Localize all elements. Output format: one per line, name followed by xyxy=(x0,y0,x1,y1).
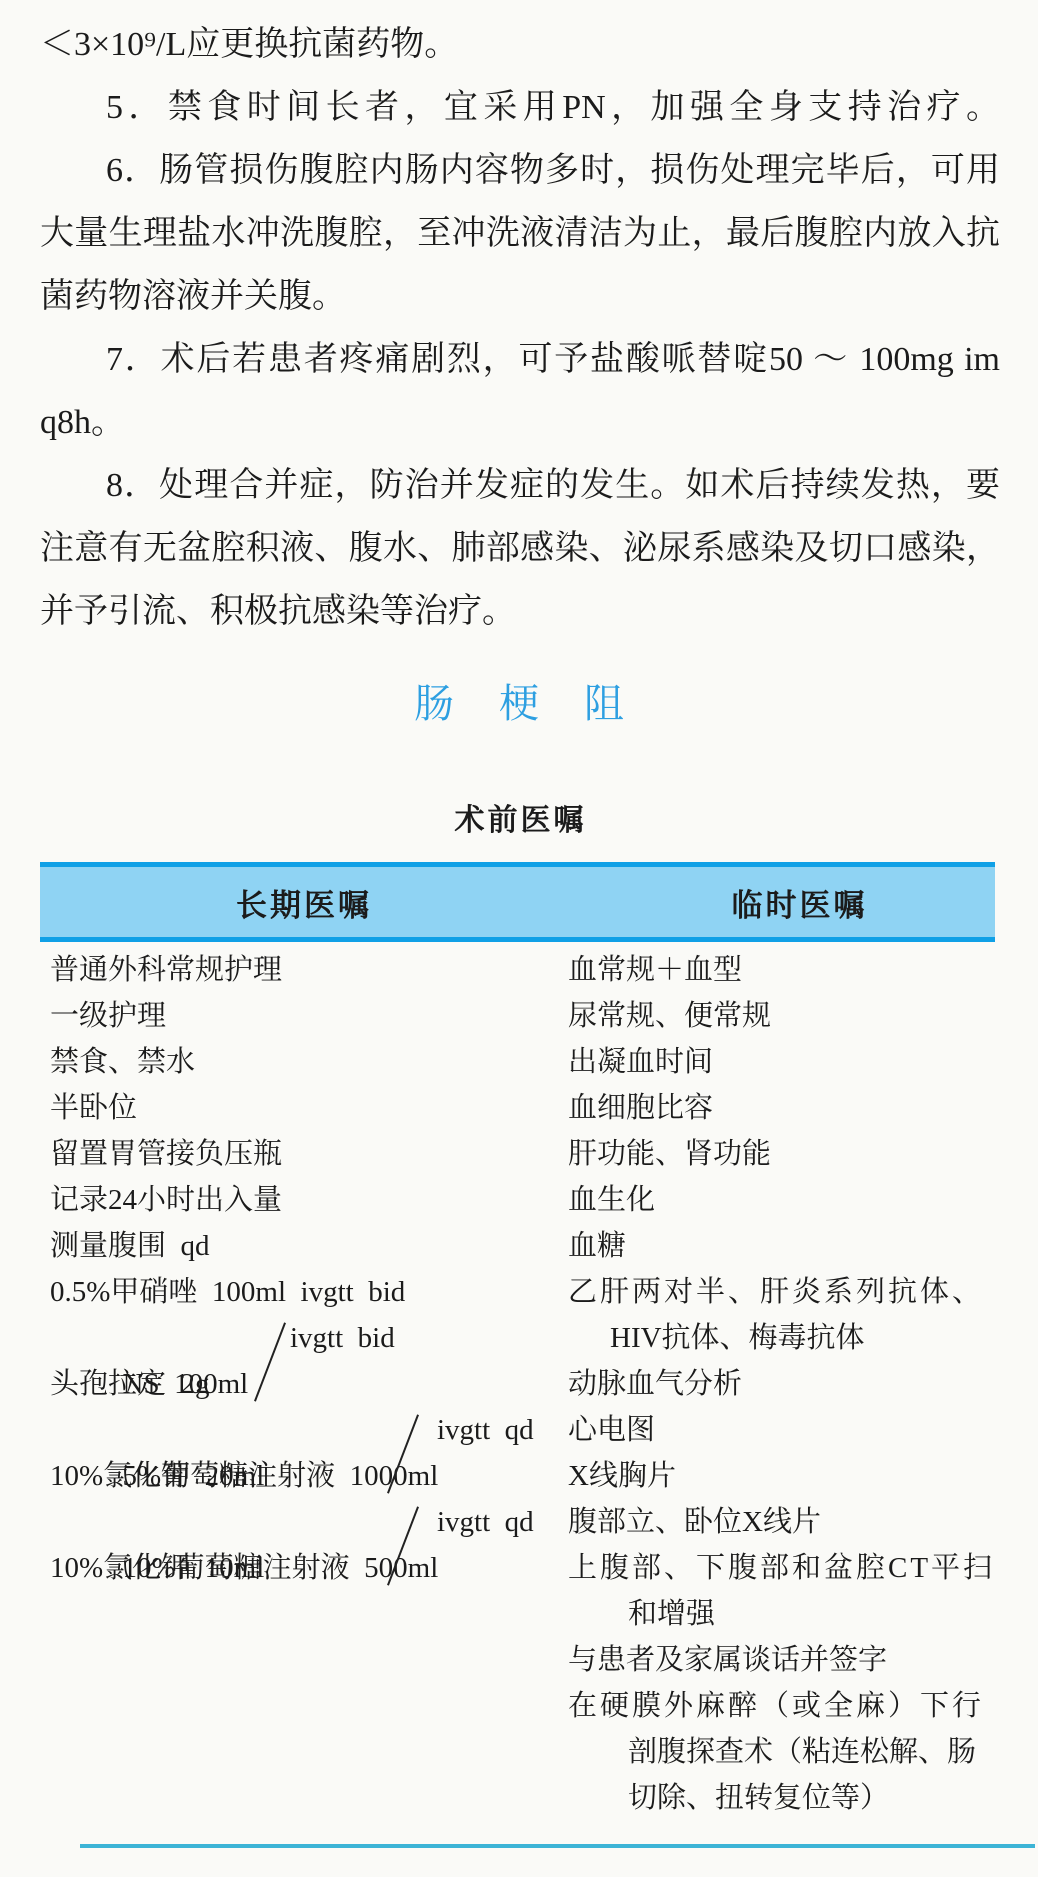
temporary-cell: 血糖 xyxy=(568,1223,995,1269)
long-term-cell xyxy=(40,1683,568,1729)
table-row: 0.5%甲硝唑 100ml ivgtt bid 乙肝两对半、肝炎系列抗体、 xyxy=(40,1269,995,1315)
body-line: 6．肠管损伤腹腔内肠内容物多时，损伤处理完毕后，可用 xyxy=(40,139,1000,202)
long-term-cell: 10%氯化钾 10ml xyxy=(40,1545,568,1591)
table-row: 10%氯化钾 10ml 上腹部、下腹部和盆腔CT平扫 xyxy=(40,1545,995,1591)
long-term-cell xyxy=(40,1637,568,1683)
preop-orders-table: 长期医嘱 临时医嘱 普通外科常规护理 血常规＋血型 一级护理 尿常规、便常规 禁… xyxy=(40,862,995,1848)
table-row: 禁食、禁水 出凝血时间 xyxy=(40,1039,995,1085)
body-line: 并予引流、积极抗感染等治疗。 xyxy=(40,580,1000,643)
temporary-cell: 尿常规、便常规 xyxy=(568,993,995,1039)
body-line: 大量生理盐水冲洗腹腔，至冲洗液清洁为止，最后腹腔内放入抗 xyxy=(40,202,1000,265)
long-term-cell: 0.5%甲硝唑 100ml ivgtt bid xyxy=(40,1269,568,1315)
document-page: ＜3×10⁹/L应更换抗菌药物。 5．禁食时间长者，宜采用PN，加强全身支持治疗… xyxy=(0,0,1038,1877)
long-term-cell: 普通外科常规护理 xyxy=(40,947,568,993)
long-term-cell: 10%氯化钾 20ml xyxy=(40,1453,568,1499)
table-row: 留置胃管接负压瓶 肝功能、肾功能 xyxy=(40,1131,995,1177)
table-row: 一级护理 尿常规、便常规 xyxy=(40,993,995,1039)
long-term-cell xyxy=(40,1775,568,1821)
long-term-cell: 禁食、禁水 xyxy=(40,1039,568,1085)
long-term-cell: 测量腹围 qd xyxy=(40,1223,568,1269)
table-bottom-rule xyxy=(80,1844,1035,1848)
temporary-cell: 与患者及家属谈话并签字 xyxy=(568,1637,995,1683)
table-body: 普通外科常规护理 血常规＋血型 一级护理 尿常规、便常规 禁食、禁水 出凝血时间… xyxy=(40,942,995,1821)
temporary-cell: X线胸片 xyxy=(568,1453,995,1499)
table-row: 10%氯化钾 20ml X线胸片 xyxy=(40,1453,995,1499)
table-row: NS 100ml ivgtt bid HIV抗体、梅毒抗体 xyxy=(40,1315,995,1361)
temporary-cell: 血生化 xyxy=(568,1177,995,1223)
table-row: 10%葡萄糖注射液 500ml ivgtt qd 腹部立、卧位X线片 xyxy=(40,1499,995,1545)
column-header-temporary: 临时医嘱 xyxy=(568,880,995,925)
table-row: 5%葡萄糖注射液 1000ml ivgtt qd 心电图 xyxy=(40,1407,995,1453)
table-row: 和增强 xyxy=(40,1591,995,1637)
temporary-cell: 剖腹探查术（粘连松解、肠 xyxy=(568,1729,995,1775)
long-term-cell xyxy=(40,1729,568,1775)
long-term-cell: 头孢拉定 2g xyxy=(40,1361,568,1407)
body-line: 菌药物溶液并关腹。 xyxy=(40,265,1000,328)
table-header-row: 长期医嘱 临时医嘱 xyxy=(40,862,995,942)
dose-frequency-label: ivgtt qd xyxy=(437,1407,534,1453)
temporary-cell: 上腹部、下腹部和盆腔CT平扫 xyxy=(568,1545,995,1591)
table-row: 剖腹探查术（粘连松解、肠 xyxy=(40,1729,995,1775)
temporary-cell: 在硬膜外麻醉（或全麻）下行 xyxy=(568,1683,995,1729)
long-term-cell xyxy=(40,1591,568,1637)
long-term-cell: 留置胃管接负压瓶 xyxy=(40,1131,568,1177)
body-paragraphs: ＜3×10⁹/L应更换抗菌药物。 5．禁食时间长者，宜采用PN，加强全身支持治疗… xyxy=(0,0,1038,643)
table-row: 测量腹围 qd 血糖 xyxy=(40,1223,995,1269)
column-header-long-term: 长期医嘱 xyxy=(40,880,568,925)
temporary-cell: 乙肝两对半、肝炎系列抗体、 xyxy=(568,1269,995,1315)
long-term-cell: 半卧位 xyxy=(40,1085,568,1131)
body-line: 8．处理合并症，防治并发症的发生。如术后持续发热，要 xyxy=(40,454,1000,517)
temporary-cell: 切除、扭转复位等） xyxy=(568,1775,995,1821)
long-term-cell: 一级护理 xyxy=(40,993,568,1039)
table-row: 半卧位 血细胞比容 xyxy=(40,1085,995,1131)
table-row: 在硬膜外麻醉（或全麻）下行 xyxy=(40,1683,995,1729)
table-row: 记录24小时出入量 血生化 xyxy=(40,1177,995,1223)
body-line: 5．禁食时间长者，宜采用PN，加强全身支持治疗。 xyxy=(40,76,1000,139)
temporary-cell: 出凝血时间 xyxy=(568,1039,995,1085)
chapter-title: 肠梗阻 xyxy=(0,676,1038,732)
dose-frequency-label: ivgtt bid xyxy=(290,1315,395,1361)
body-line: q8h。 xyxy=(40,391,1000,454)
temporary-cell: 血常规＋血型 xyxy=(568,947,995,993)
body-line: 注意有无盆腔积液、腹水、肺部感染、泌尿系感染及切口感染， xyxy=(40,517,1000,580)
temporary-cell: 肝功能、肾功能 xyxy=(568,1131,995,1177)
body-line: 7．术后若患者疼痛剧烈，可予盐酸哌替啶50 ～ 100mg im xyxy=(40,328,1000,391)
temporary-cell: 血细胞比容 xyxy=(568,1085,995,1131)
dose-frequency-label: ivgtt qd xyxy=(437,1499,534,1545)
table-caption: 术前医嘱 xyxy=(0,800,1038,842)
long-term-cell: 记录24小时出入量 xyxy=(40,1177,568,1223)
body-line: ＜3×10⁹/L应更换抗菌药物。 xyxy=(40,13,1000,76)
table-row: 普通外科常规护理 血常规＋血型 xyxy=(40,947,995,993)
temporary-cell: 动脉血气分析 xyxy=(568,1361,995,1407)
temporary-cell: 和增强 xyxy=(568,1591,995,1637)
table-row: 切除、扭转复位等） xyxy=(40,1775,995,1821)
table-row: 与患者及家属谈话并签字 xyxy=(40,1637,995,1683)
table-row: 头孢拉定 2g 动脉血气分析 xyxy=(40,1361,995,1407)
